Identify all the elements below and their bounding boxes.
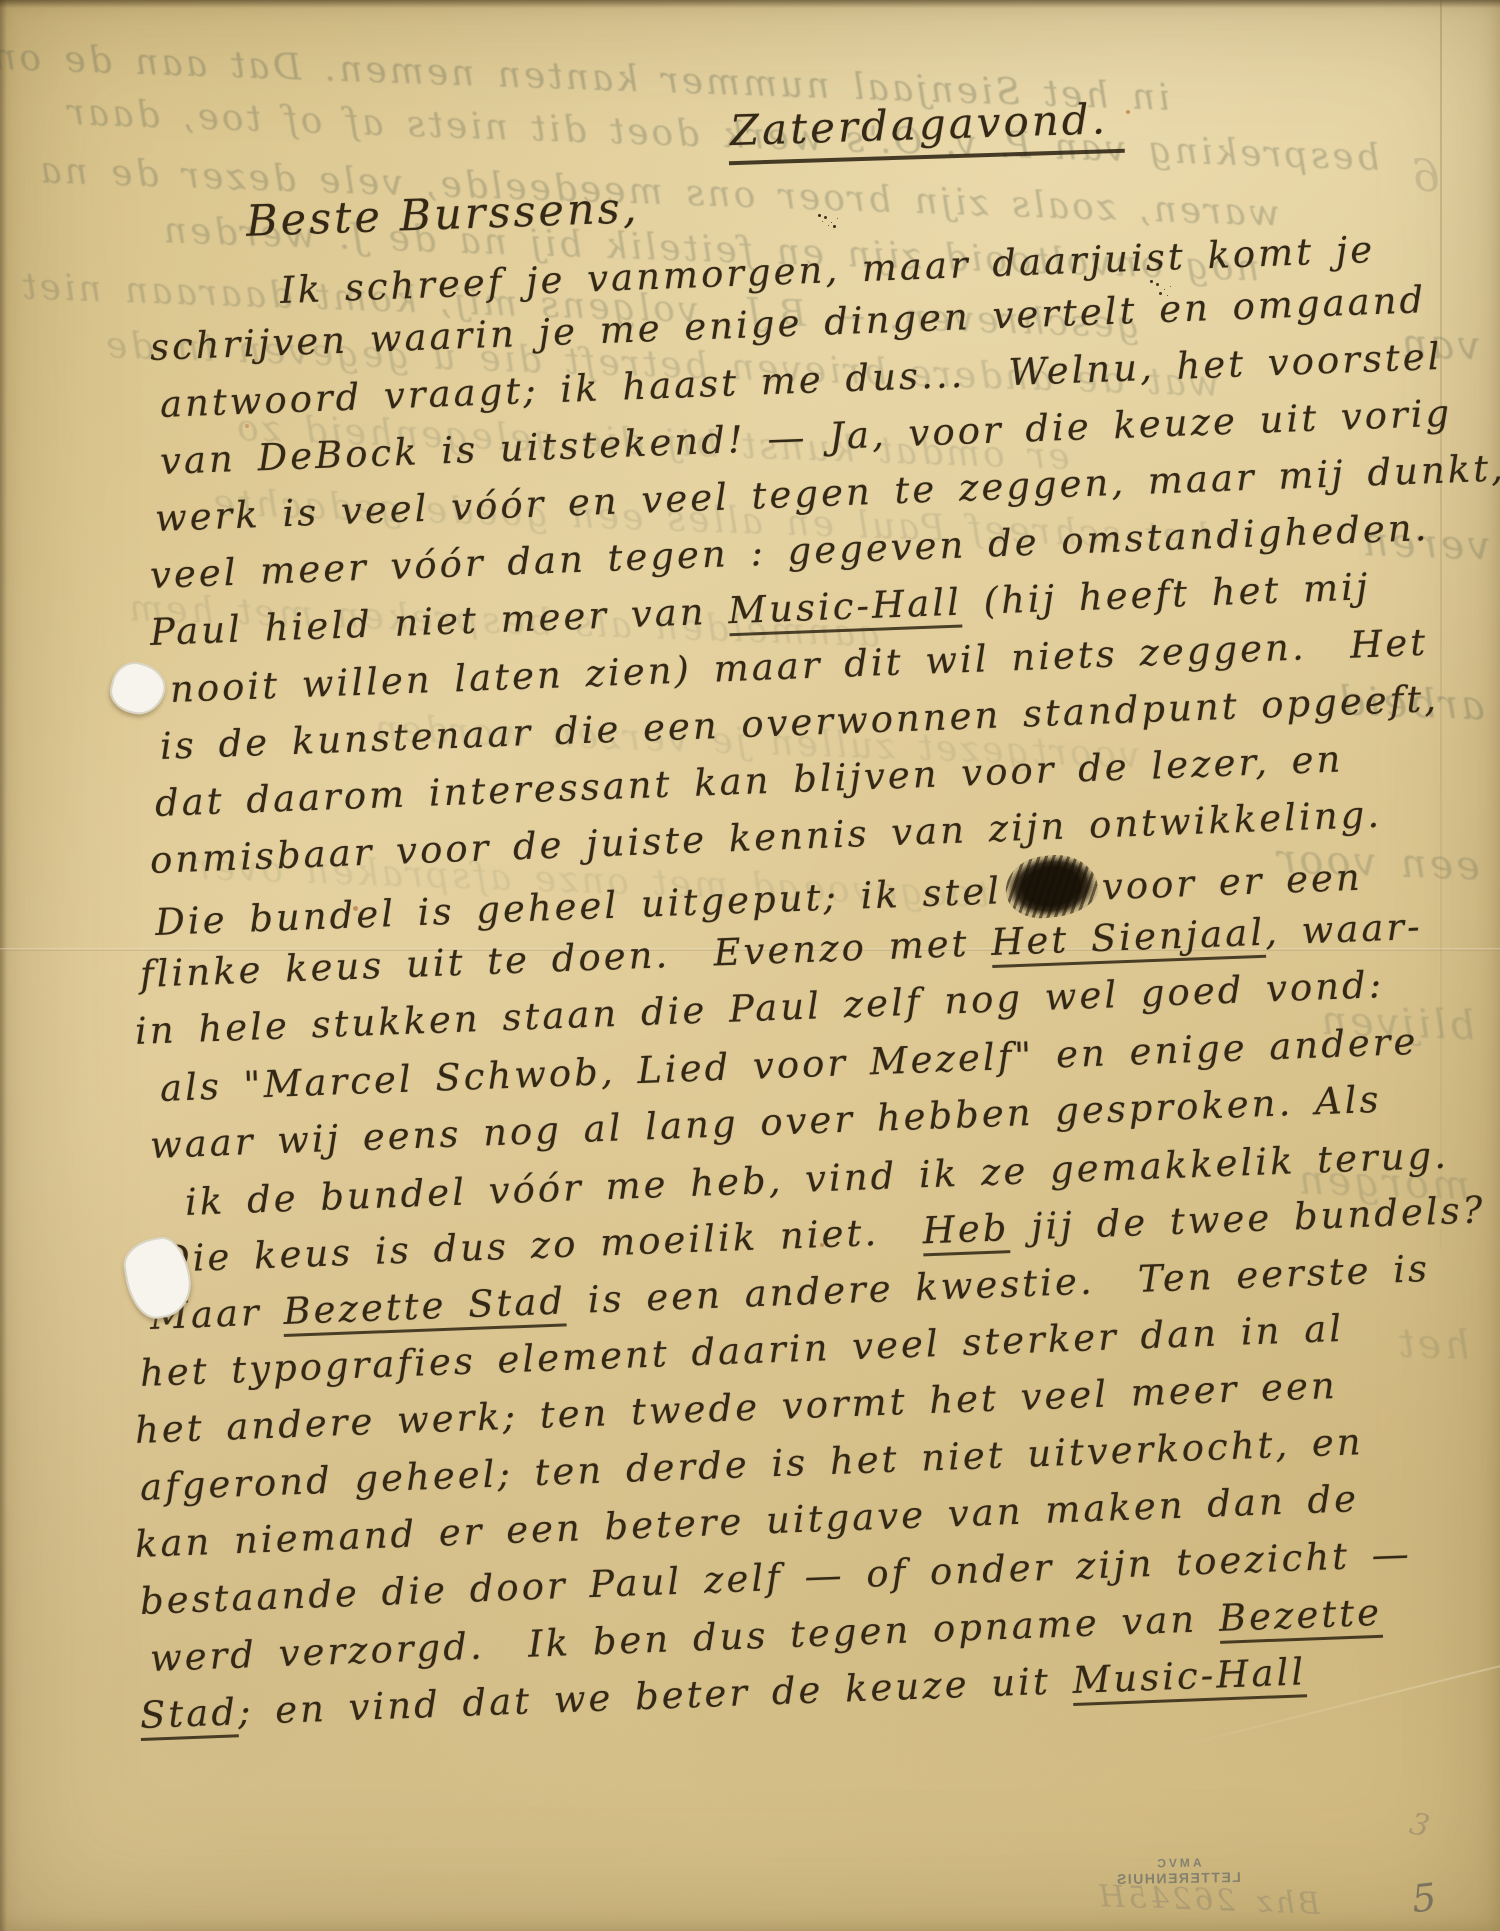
archive-stamp-line2: LETTERENHUIS (1098, 1869, 1258, 1888)
paper-edge-shadow-top (0, 0, 1500, 8)
underlined-phrase: Music-Hall (1072, 1650, 1307, 1706)
paper-edge-shadow-left (0, 0, 7, 1931)
underlined-phrase: Heb (922, 1206, 1011, 1256)
pencil-bleedthrough: 6 (1349, 148, 1441, 202)
ink-speckle (818, 214, 821, 217)
ink-speckle (1150, 280, 1153, 283)
paper-fleck (245, 424, 249, 428)
underlined-phrase: Bezette (1218, 1591, 1383, 1644)
paper-fleck (820, 1243, 824, 1247)
text-run: (hij heeft het mij (961, 565, 1371, 623)
archive-stamp-mirrored: AMVC LETTERENHUIS (1098, 1855, 1258, 1888)
paper-fleck (353, 906, 358, 911)
underlined-phrase: Het Sienjaal (990, 911, 1266, 968)
page-number: 5 (1410, 1875, 1439, 1921)
text-run: , waar- (1264, 905, 1423, 954)
paper-fleck (1126, 110, 1130, 114)
pencil-mark: 3 (1407, 1806, 1433, 1844)
underlined-phrase: Bezette Stad (283, 1279, 567, 1337)
underlined-phrase: Music-Hall (727, 581, 962, 637)
scanned-letter-page: in het Sienjaal nummer kanten nemen. Dat… (0, 0, 1500, 1931)
underlined-phrase: Stad (139, 1690, 239, 1741)
letter-dateline: Zaterdagavond. (727, 94, 1125, 165)
letter-body: Ik schreef je vanmorgen, maar daarjuist … (95, 262, 1465, 1744)
